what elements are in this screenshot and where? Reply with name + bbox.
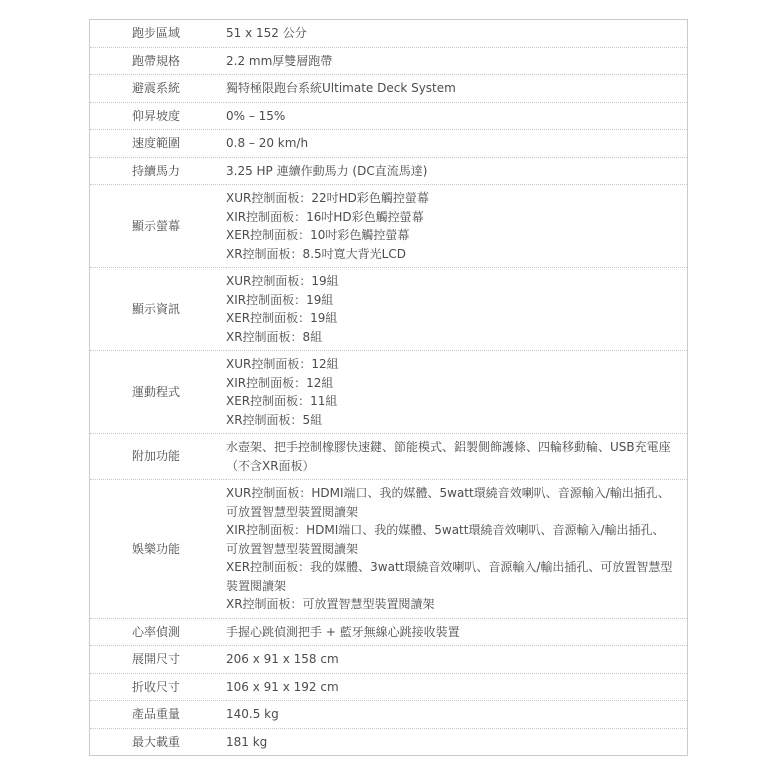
spec-value-line: XUR控制面板：19組 — [226, 272, 675, 291]
spec-label: 跑帶規格 — [90, 47, 227, 75]
spec-value: 手握心跳偵測把手 + 藍牙無線心跳接收裝置 — [226, 618, 688, 646]
spec-value-line: XIR控制面板：12組 — [226, 374, 675, 393]
spec-value: 206 x 91 x 158 cm — [226, 646, 688, 674]
spec-value: XUR控制面板：12組 XIR控制面板：12組 XER控制面板：11組 XR控制… — [226, 351, 688, 434]
spec-label: 速度範圍 — [90, 130, 227, 158]
spec-value-line: XIR控制面板：HDMI端口、我的媒體、5watt環繞音效喇叭、音源輸入/輸出插… — [226, 521, 675, 558]
treadmill-spec-table: 跑步區域 51 x 152 公分 跑帶規格 2.2 mm厚雙層跑帶 避震系統 獨… — [89, 19, 688, 756]
spec-row-horsepower: 持續馬力 3.25 HP 連續作動馬力 (DC直流馬達) — [90, 157, 688, 185]
spec-value-line: XUR控制面板：HDMI端口、我的媒體、5watt環繞音效喇叭、音源輸入/輸出插… — [226, 484, 675, 521]
spec-value-line: XR控制面板：5組 — [226, 411, 675, 430]
spec-row-speed-range: 速度範圍 0.8 – 20 km/h — [90, 130, 688, 158]
spec-value-line: 獨特極限跑台系統Ultimate Deck System — [226, 79, 675, 98]
spec-value-line: 106 x 91 x 192 cm — [226, 678, 675, 697]
spec-value-line: 手握心跳偵測把手 + 藍牙無線心跳接收裝置 — [226, 623, 675, 642]
spec-value: 水壺架、把手控制橡膠快速鍵、節能模式、鋁製側飾護條、四輪移動輪、USB充電座（不… — [226, 434, 688, 480]
spec-label: 展開尺寸 — [90, 646, 227, 674]
spec-row-max-load: 最大載重 181 kg — [90, 728, 688, 756]
spec-value-line: XR控制面板：8組 — [226, 328, 675, 347]
spec-value-line: XER控制面板：19組 — [226, 309, 675, 328]
spec-value-line: XER控制面板：10吋彩色觸控螢幕 — [226, 226, 675, 245]
spec-value-line: XUR控制面板：12組 — [226, 355, 675, 374]
spec-row-display-screen: 顯示螢幕 XUR控制面板：22吋HD彩色觸控螢幕 XIR控制面板：16吋HD彩色… — [90, 185, 688, 268]
spec-value: XUR控制面板：HDMI端口、我的媒體、5watt環繞音效喇叭、音源輸入/輸出插… — [226, 480, 688, 619]
spec-value: 140.5 kg — [226, 701, 688, 729]
spec-label: 最大載重 — [90, 728, 227, 756]
spec-row-display-info: 顯示資訊 XUR控制面板：19組 XIR控制面板：19組 XER控制面板：19組… — [90, 268, 688, 351]
spec-value-line: XER控制面板：11組 — [226, 392, 675, 411]
spec-label: 運動程式 — [90, 351, 227, 434]
spec-value-line: XIR控制面板：19組 — [226, 291, 675, 310]
spec-label: 跑步區域 — [90, 20, 227, 48]
spec-value-line: XR控制面板：8.5吋寬大背光LCD — [226, 245, 675, 264]
spec-value: 2.2 mm厚雙層跑帶 — [226, 47, 688, 75]
spec-row-additional-features: 附加功能 水壺架、把手控制橡膠快速鍵、節能模式、鋁製側飾護條、四輪移動輪、USB… — [90, 434, 688, 480]
spec-row-assembled-dimensions: 展開尺寸 206 x 91 x 158 cm — [90, 646, 688, 674]
spec-label: 避震系統 — [90, 75, 227, 103]
spec-row-belt-spec: 跑帶規格 2.2 mm厚雙層跑帶 — [90, 47, 688, 75]
spec-row-heart-rate: 心率偵測 手握心跳偵測把手 + 藍牙無線心跳接收裝置 — [90, 618, 688, 646]
spec-label: 折收尺寸 — [90, 673, 227, 701]
spec-value-line: 140.5 kg — [226, 705, 675, 724]
spec-value: XUR控制面板：19組 XIR控制面板：19組 XER控制面板：19組 XR控制… — [226, 268, 688, 351]
spec-value-line: 206 x 91 x 158 cm — [226, 650, 675, 669]
spec-value: 獨特極限跑台系統Ultimate Deck System — [226, 75, 688, 103]
spec-row-product-weight: 產品重量 140.5 kg — [90, 701, 688, 729]
spec-label: 心率偵測 — [90, 618, 227, 646]
spec-value-line: XIR控制面板：16吋HD彩色觸控螢幕 — [226, 208, 675, 227]
spec-value-line: 水壺架、把手控制橡膠快速鍵、節能模式、鋁製側飾護條、四輪移動輪、USB充電座（不… — [226, 438, 675, 475]
spec-label: 附加功能 — [90, 434, 227, 480]
spec-value-line: 51 x 152 公分 — [226, 24, 675, 43]
spec-label: 顯示螢幕 — [90, 185, 227, 268]
spec-label: 仰昇坡度 — [90, 102, 227, 130]
spec-row-running-area: 跑步區域 51 x 152 公分 — [90, 20, 688, 48]
spec-label: 持續馬力 — [90, 157, 227, 185]
spec-row-cushioning-system: 避震系統 獨特極限跑台系統Ultimate Deck System — [90, 75, 688, 103]
spec-label: 娛樂功能 — [90, 480, 227, 619]
spec-label: 顯示資訊 — [90, 268, 227, 351]
spec-value: 51 x 152 公分 — [226, 20, 688, 48]
spec-value: 0.8 – 20 km/h — [226, 130, 688, 158]
spec-row-incline: 仰昇坡度 0% – 15% — [90, 102, 688, 130]
spec-value-line: XUR控制面板：22吋HD彩色觸控螢幕 — [226, 189, 675, 208]
spec-value: 0% – 15% — [226, 102, 688, 130]
spec-value: 106 x 91 x 192 cm — [226, 673, 688, 701]
spec-value: 181 kg — [226, 728, 688, 756]
spec-row-entertainment-features: 娛樂功能 XUR控制面板：HDMI端口、我的媒體、5watt環繞音效喇叭、音源輸… — [90, 480, 688, 619]
spec-value-line: XER控制面板：我的媒體、3watt環繞音效喇叭、音源輸入/輸出插孔、可放置智慧… — [226, 558, 675, 595]
spec-label: 產品重量 — [90, 701, 227, 729]
spec-row-folded-dimensions: 折收尺寸 106 x 91 x 192 cm — [90, 673, 688, 701]
spec-row-workout-programs: 運動程式 XUR控制面板：12組 XIR控制面板：12組 XER控制面板：11組… — [90, 351, 688, 434]
spec-table-container: 跑步區域 51 x 152 公分 跑帶規格 2.2 mm厚雙層跑帶 避震系統 獨… — [89, 19, 688, 756]
spec-value-line: 0.8 – 20 km/h — [226, 134, 675, 153]
spec-value-line: 2.2 mm厚雙層跑帶 — [226, 52, 675, 71]
spec-value-line: 181 kg — [226, 733, 675, 752]
spec-value: 3.25 HP 連續作動馬力 (DC直流馬達) — [226, 157, 688, 185]
spec-value: XUR控制面板：22吋HD彩色觸控螢幕 XIR控制面板：16吋HD彩色觸控螢幕 … — [226, 185, 688, 268]
spec-value-line: XR控制面板：可放置智慧型裝置閱讀架 — [226, 595, 675, 614]
spec-value-line: 0% – 15% — [226, 107, 675, 126]
spec-value-line: 3.25 HP 連續作動馬力 (DC直流馬達) — [226, 162, 675, 181]
